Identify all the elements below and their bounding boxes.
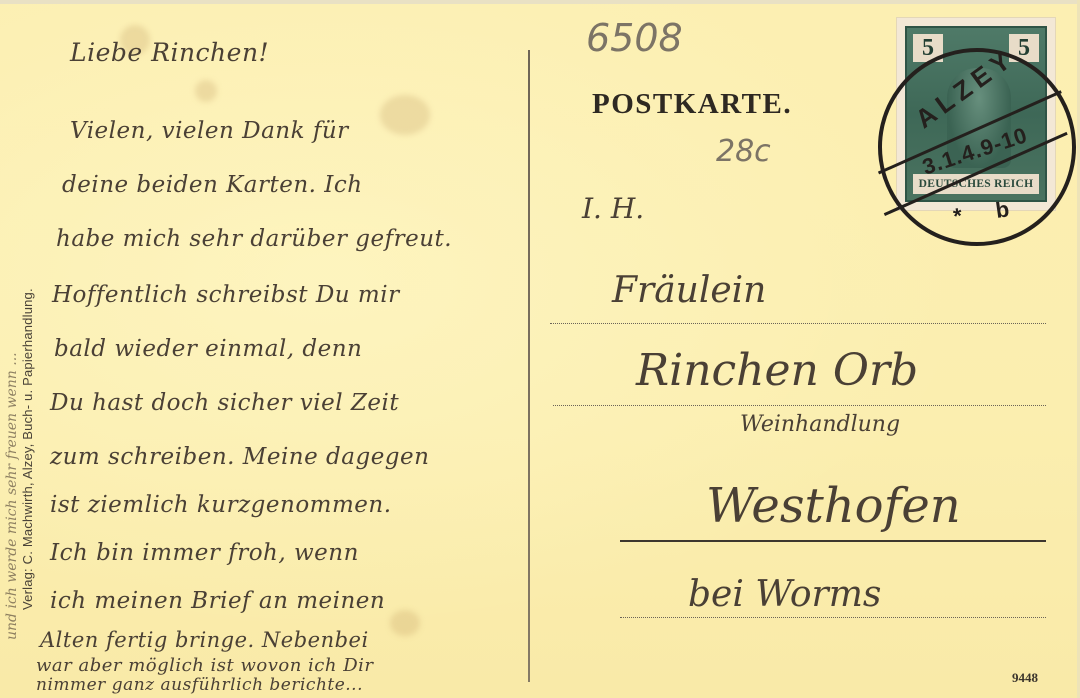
message-line: ich meinen Brief an meinen <box>50 588 385 614</box>
pencil-price: 28c <box>716 134 771 169</box>
address-line-name: Rinchen Orb <box>636 345 918 396</box>
pencil-catalog-number: 6508 <box>586 16 683 60</box>
stain <box>195 80 217 102</box>
address-rule <box>550 323 1046 324</box>
address-line-salutation: Fräulein <box>612 270 766 311</box>
message-line: Du hast doch sicher viel Zeit <box>50 390 399 416</box>
margin-note: und ich werde mich sehr freuen wenn ... <box>4 352 20 640</box>
postmark-bottom-marks: * b <box>952 194 1025 230</box>
message-line: Hoffentlich schreibst Du mir <box>52 282 400 308</box>
stain <box>380 95 430 135</box>
address-rule <box>620 617 1046 618</box>
postcard-back: Verlag: C. Machwirth, Alzey, Buch- u. Pa… <box>0 0 1080 698</box>
address-rule-underline <box>620 540 1046 542</box>
message-line: habe mich sehr darüber gefreut. <box>56 226 452 252</box>
card-edge-top <box>0 0 1080 4</box>
message-line: nimmer ganz ausführlich berichte... <box>36 675 363 695</box>
serial-number: 9448 <box>1012 670 1038 686</box>
message-line: bald wieder einmal, denn <box>54 336 362 362</box>
center-divider <box>528 50 530 682</box>
publisher-imprint: Verlag: C. Machwirth, Alzey, Buch- u. Pa… <box>20 288 35 610</box>
salutation: Liebe Rinchen! <box>70 38 269 67</box>
message-line: zum schreiben. Meine dagegen <box>50 444 429 470</box>
message-line: deine beiden Karten. Ich <box>62 172 363 198</box>
message-line: Ich bin immer froh, wenn <box>50 540 359 566</box>
address-prefix: I. H. <box>582 192 644 225</box>
message-line: ist ziemlich kurzgenommen. <box>50 492 392 518</box>
stain <box>390 610 420 636</box>
postkarte-title: POSTKARTE. <box>592 88 792 121</box>
message-line: Vielen, vielen Dank für <box>70 118 349 144</box>
address-rule <box>553 405 1046 406</box>
address-line-region: bei Worms <box>688 574 881 615</box>
message-line: Alten fertig bringe. Nebenbei <box>40 628 369 652</box>
address-line-business: Weinhandlung <box>740 412 900 437</box>
address-line-town: Westhofen <box>706 478 961 534</box>
message-line: war aber möglich ist wovon ich Dir <box>36 655 374 676</box>
